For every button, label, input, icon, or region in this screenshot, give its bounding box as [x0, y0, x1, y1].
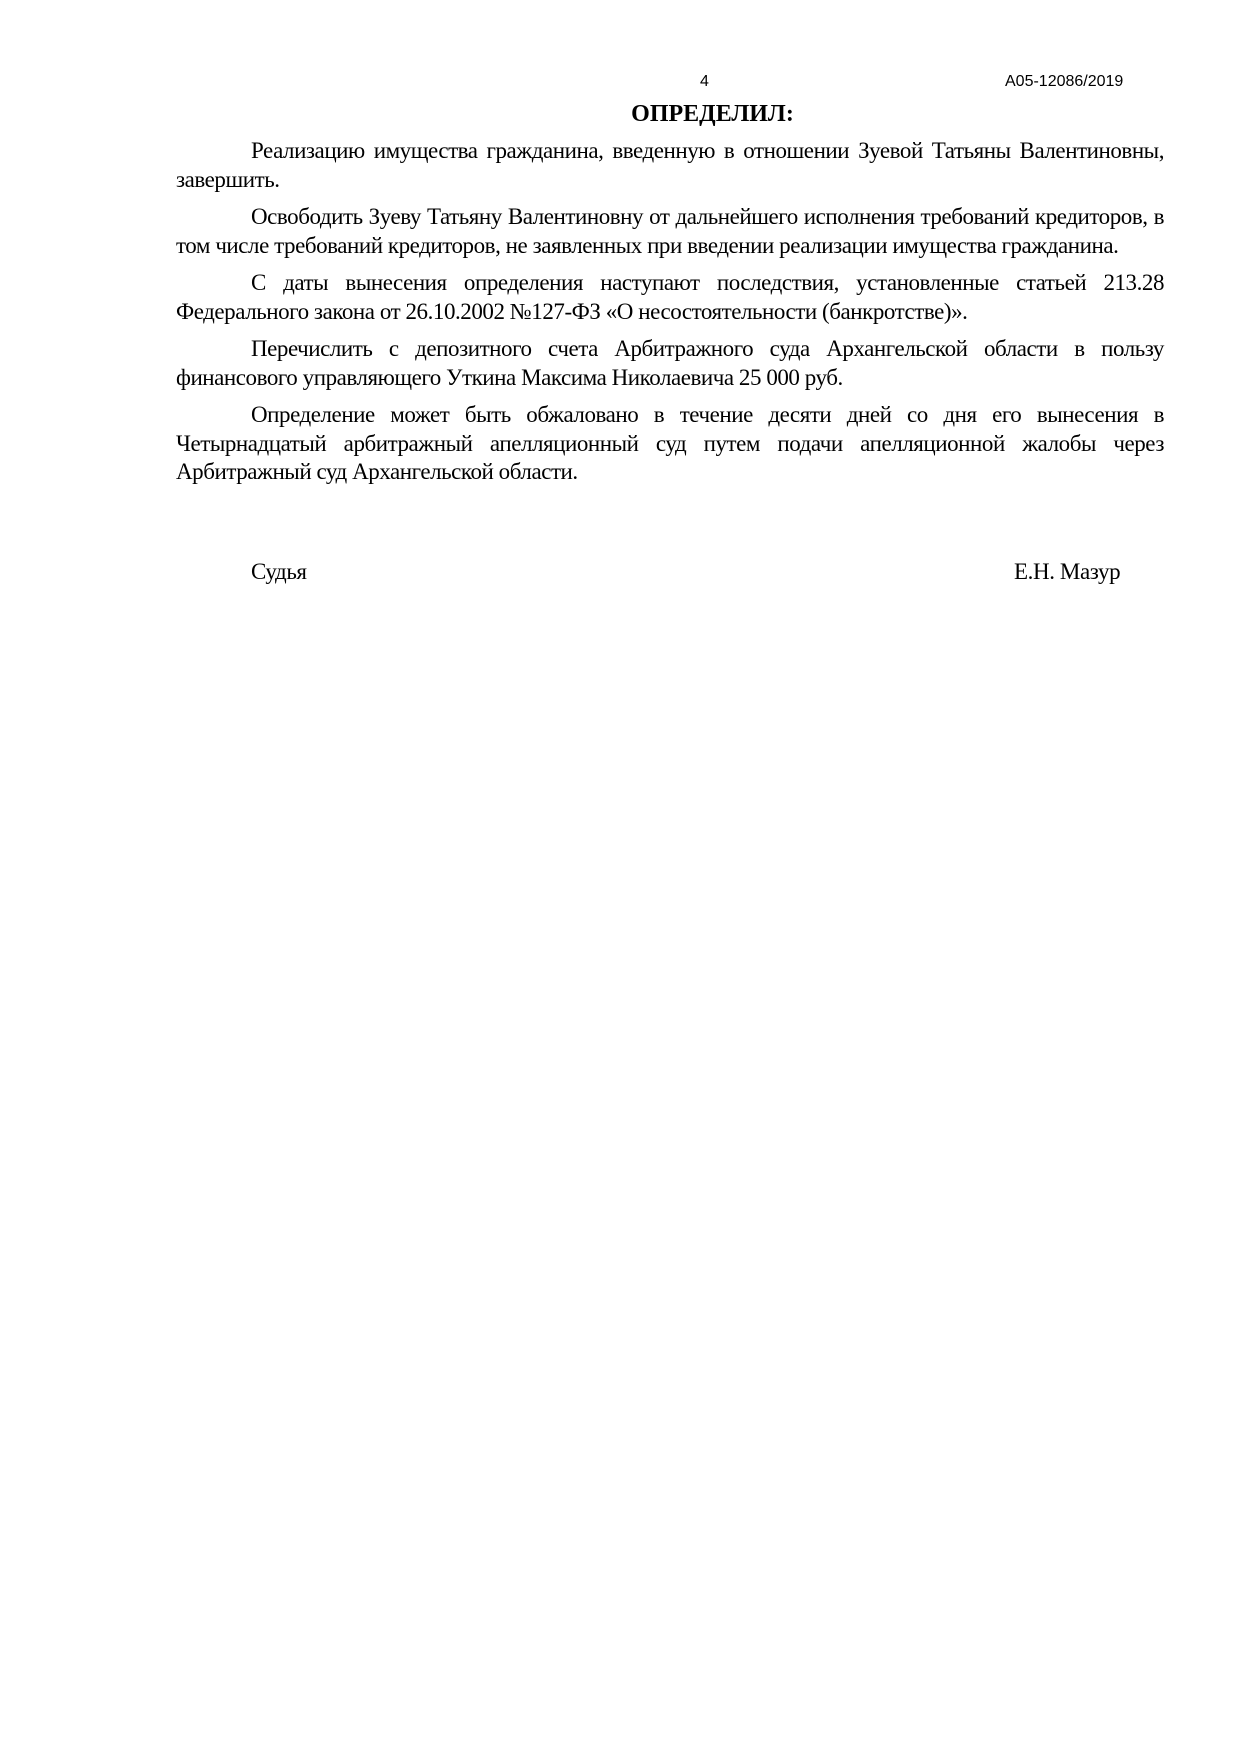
paragraph-appeal: Определение может быть обжаловано в тече…	[176, 401, 1164, 487]
paragraph-complete-realization: Реализацию имущества гражданина, введенн…	[176, 137, 1164, 194]
ruling-body: Реализацию имущества гражданина, введенн…	[176, 137, 1164, 496]
signature-role: Судья	[251, 558, 307, 586]
page-number: 4	[700, 72, 709, 92]
paragraph-consequences: С даты вынесения определения наступают п…	[176, 269, 1164, 326]
paragraph-release-from-claims: Освободить Зуеву Татьяну Валентиновну от…	[176, 203, 1164, 260]
signature-name: Е.Н. Мазур	[1014, 558, 1120, 586]
case-number: А05-12086/2019	[1005, 72, 1123, 92]
ruling-title: ОПРЕДЕЛИЛ:	[0, 100, 1241, 128]
paragraph-transfer-funds: Перечислить с депозитного счета Арбитраж…	[176, 335, 1164, 392]
